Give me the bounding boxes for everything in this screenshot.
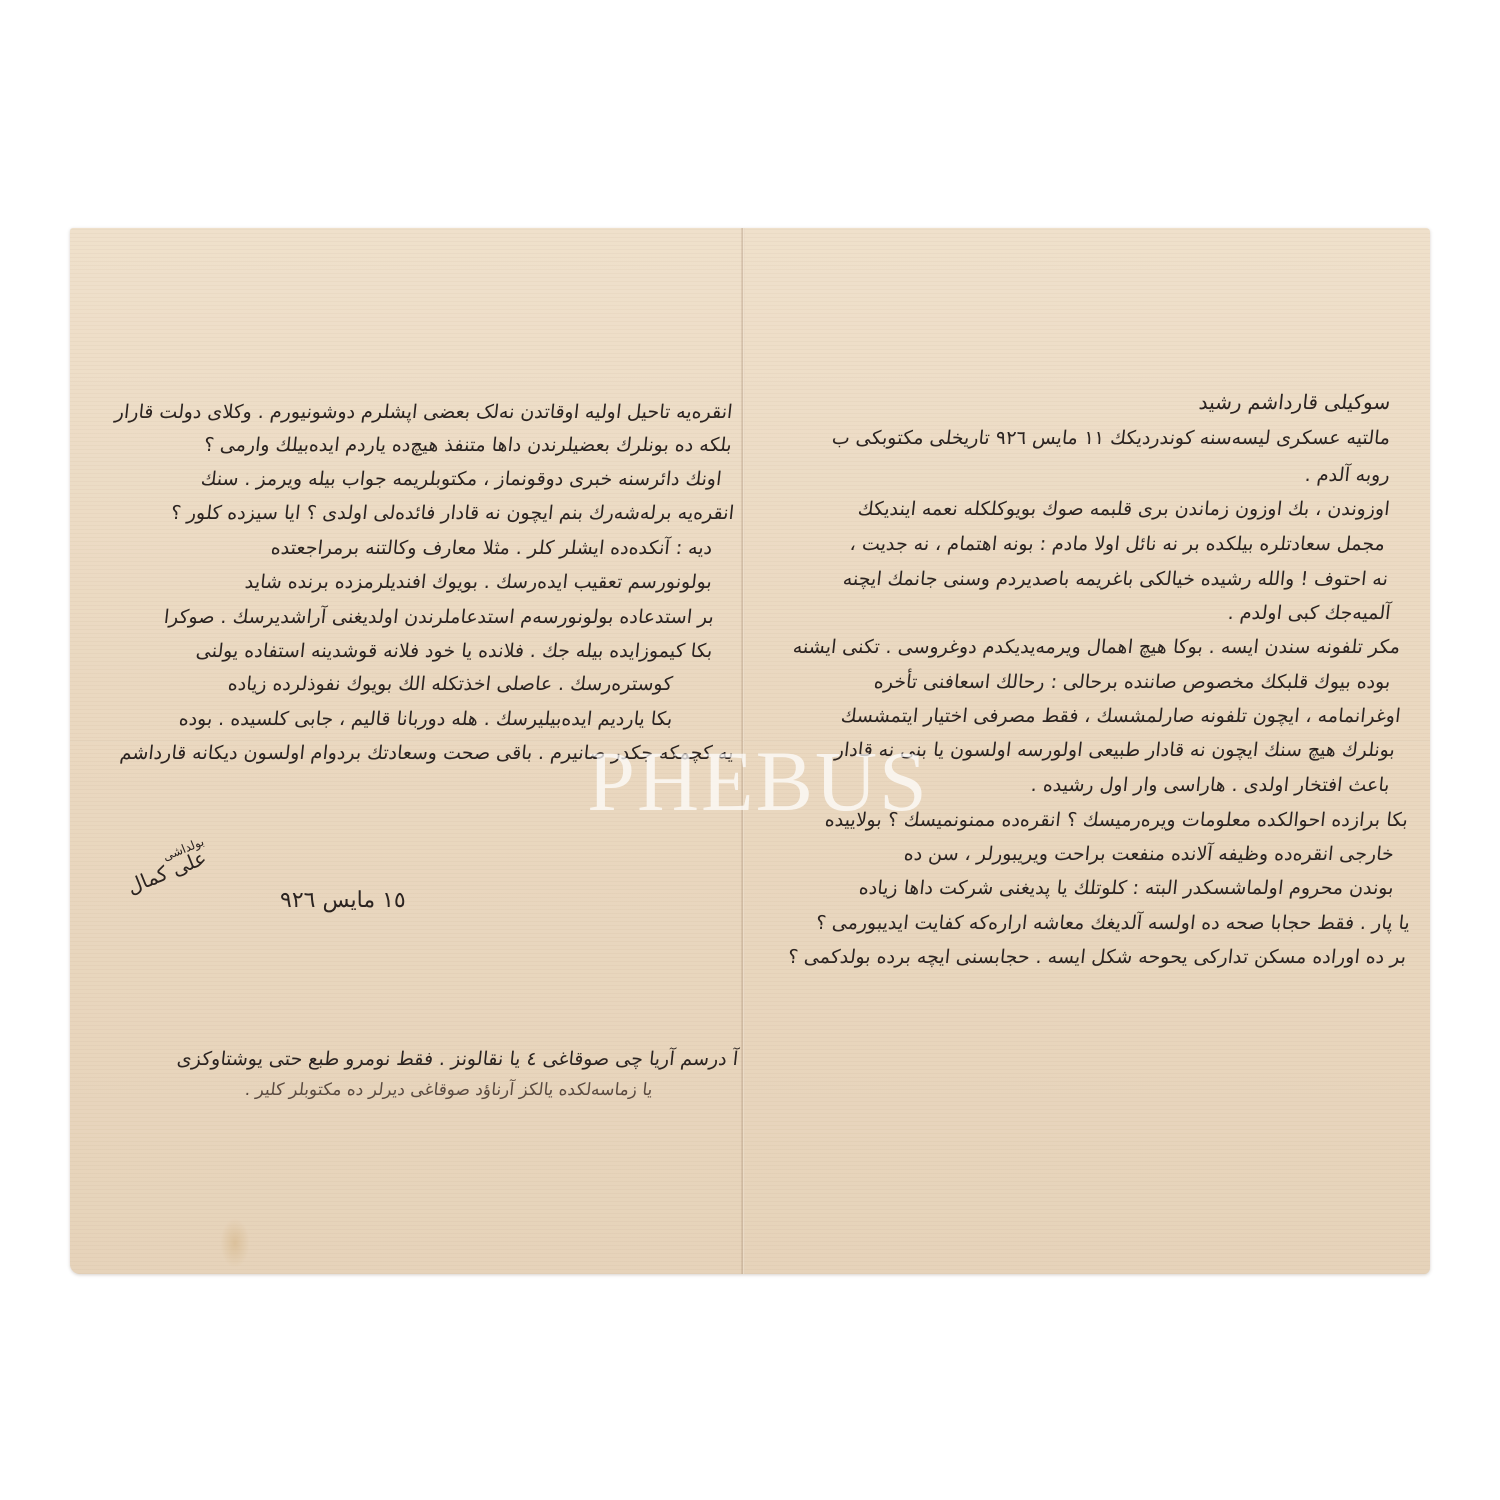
paper-stain (220, 1218, 250, 1268)
postscript-line-2: یا زماسه‌لکده یالکز آرناؤد صوقاغی دیرلر … (244, 1080, 653, 1100)
right-line-1: مالتیه عسکری لیسه‌سنه کوندردیکك ١١ مایس … (831, 427, 1391, 449)
postscript-line-1: آ درسم آریا چی صوقاغی ٤ یا نقالونز . فقط… (176, 1048, 739, 1070)
right-line-11: باعث افتخار اولدی . هاراسی وار اول رشیده… (1030, 774, 1391, 796)
right-line-8: بوده بیوك قلبکك مخصوص صاننده برحالی : رح… (872, 671, 1391, 693)
right-line-16: بر ده اوراده مسکن تدارکی یحوحه شکل ایسه … (787, 946, 1407, 968)
photo-stage: انقره‌یه تاحیل اولیه اوقاتدن نه‌لک بعضی … (0, 0, 1500, 1500)
right-page: سوکیلی قارداشم رشید مالتیه عسکری لیسه‌سن… (744, 228, 1430, 1274)
left-line-6: بولونورسم تعقیب ایده‌رسك . بویوك افندیلر… (244, 571, 713, 593)
right-line-4: مجمل سعادتلره بیلکده بر نه نائل اولا ماد… (849, 533, 1386, 555)
right-line-6: آلمیه‌جك کبی اولدم . (1226, 602, 1391, 624)
right-line-15: یا پار . فقط حجابا صحه ده اولسه آلدیغك م… (815, 912, 1411, 934)
right-line-9: اوغرانمامه ، ایچون تلفونه صارلمشسك ، فقط… (839, 705, 1401, 727)
left-line-2: بلکه ده بونلرك بعضیلرندن داها متنفذ هیچ‌… (203, 434, 733, 456)
left-page: انقره‌یه تاحیل اولیه اوقاتدن نه‌لک بعضی … (70, 228, 742, 1274)
left-line-7: بر استدعاده بولونورسه‌م استدعاملرندن اول… (163, 606, 715, 628)
right-line-10: بونلرك هیچ سنك ایچون نه قادار طبیعی اولو… (834, 739, 1396, 761)
left-line-4: انقره‌یه برله‌شه‌رك بنم ایچون نه قادار ف… (170, 502, 735, 524)
left-line-9: کوستره‌رسك . عاصلی اخذتکله الك بویوك نفو… (226, 673, 673, 695)
right-line-14: بوندن محروم اولماشسکدر البته : کلوتلك یا… (858, 877, 1395, 899)
left-line-3: اونك دائرسنه خبری دوقونماز ، مکتوبلریمه … (200, 468, 723, 490)
left-line-5: دیه : آنکده‌ده ایشلر کلر . مثلا معارف وک… (270, 537, 714, 559)
right-line-12: بکا برازده احوالکده معلومات ویره‌رمیسك ؟… (824, 809, 1409, 831)
salutation: سوکیلی قارداشم رشید (1197, 390, 1391, 414)
letter-sheet: انقره‌یه تاحیل اولیه اوقاتدن نه‌لک بعضی … (70, 228, 1430, 1274)
right-line-5: نه احتوف ! والله رشیده خیالکی باغریمه با… (842, 568, 1389, 590)
letter-date: ١٥ مایس ٩٢٦ (280, 888, 406, 913)
left-line-11: یه کچمکه جکدر صانیرم . باقی صحت وسعادتك … (119, 742, 735, 764)
right-line-2: روبه آلدم . (1304, 464, 1391, 486)
left-line-8: بکا کیموزایده بیله جك . فلانده یا خود فل… (194, 640, 713, 662)
left-line-1: انقره‌یه تاحیل اولیه اوقاتدن نه‌لک بعضی … (113, 401, 733, 423)
right-line-3: اوزوندن ، بك اوزون زماندن بری قلبمه صوك … (857, 498, 1391, 520)
right-line-7: مکر تلفونه سندن ایسه . بوکا هیچ اهمال وی… (792, 636, 1401, 658)
right-line-13: خارجی انقره‌ده وظیفه آلانده منفعت براحت … (903, 843, 1395, 865)
left-line-10: بکا یاردیم ایده‌بیلیرسك . هله دوربانا قا… (177, 708, 673, 730)
